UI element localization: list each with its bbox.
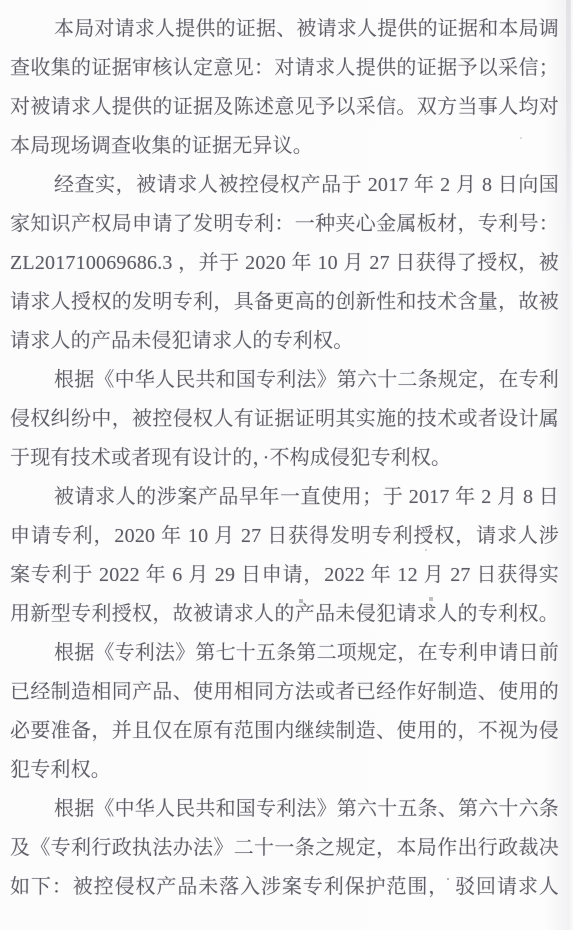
text-line: 根据《中华人民共和国专利法》第六十二条规定，在专利 bbox=[10, 361, 559, 400]
text-line: 请求人授权的发明专利，具备更高的创新性和技术含量，故被 bbox=[10, 283, 559, 322]
text-line: 申请专利，2020 年 10 月 27 日获得发明专利授权，请求人涉 bbox=[10, 517, 559, 556]
paragraph-legal-basis-article-75: 根据《专利法》第七十五条第二项规定，在专利申请日前 已经制造相同产品、使用相同方… bbox=[10, 634, 559, 790]
text-line: 用新型专利授权，故被请求人的产品未侵犯请求人的专利权。 bbox=[10, 595, 559, 634]
text-line: 本局现场调查收集的证据无异议。 bbox=[10, 127, 559, 166]
text-line: 家知识产权局申请了发明专利：一种夹心金属板材，专利号： bbox=[10, 205, 559, 244]
text-line: 及《专利行政执法办法》二十一条之规定，本局作出行政裁决 bbox=[10, 829, 559, 868]
text-line: 对被请求人提供的证据及陈述意见予以采信。双方当事人均对 bbox=[10, 88, 559, 127]
paragraph-prior-use-findings: 被请求人的涉案产品早年一直使用；于 2017 年 2 月 8 日 申请专利，20… bbox=[10, 478, 559, 634]
text-line: 根据《专利法》第七十五条第二项规定，在专利申请日前 bbox=[10, 634, 559, 673]
text-line: 如下：被控侵权产品未落入涉案专利保护范围， 驳回请求人 bbox=[10, 868, 559, 907]
text-line: 请求人的产品未侵犯请求人的专利权。 bbox=[10, 322, 559, 361]
text-line: 已经制造相同产品、使用相同方法或者已经作好制造、使用的 bbox=[10, 673, 559, 712]
text-line: 被请求人的涉案产品早年一直使用；于 2017 年 2 月 8 日 bbox=[10, 478, 559, 517]
paragraph-investigation-findings: 经查实，被请求人被控侵权产品于 2017 年 2 月 8 日向国 家知识产权局申… bbox=[10, 166, 559, 361]
scan-edge-shading bbox=[566, 0, 571, 270]
paragraph-administrative-ruling: 根据《中华人民共和国专利法》第六十五条、第六十六条 及《专利行政执法办法》二十一… bbox=[10, 790, 559, 907]
text-line: 犯专利权。 bbox=[10, 751, 559, 790]
paragraph-evidence-findings: 本局对请求人提供的证据、被请求人提供的证据和本局调 查收集的证据审核认定意见：对… bbox=[10, 10, 559, 166]
text-line: 本局对请求人提供的证据、被请求人提供的证据和本局调 bbox=[10, 10, 559, 49]
text-line: 经查实，被请求人被控侵权产品于 2017 年 2 月 8 日向国 bbox=[10, 166, 559, 205]
text-line: 案专利于 2022 年 6 月 29 日申请，2022 年 12 月 27 日获… bbox=[10, 556, 559, 595]
text-line: 于现有技术或者现有设计的，·不构成侵犯专利权。 bbox=[10, 439, 559, 478]
text-line: 必要准备，并且仅在原有范围内继续制造、使用的，不视为侵 bbox=[10, 712, 559, 751]
text-line: 查收集的证据审核认定意见：对请求人提供的证据予以采信； bbox=[10, 49, 559, 88]
text-line: ZL201710069686.3 ，并于 2020 年 10 月 27 日获得了… bbox=[10, 244, 559, 283]
text-line: 侵权纠纷中，被控侵权人有证据证明其实施的技术或者设计属 bbox=[10, 400, 559, 439]
scan-speck-artifacts bbox=[0, 0, 2, 2]
scanned-document-page: 本局对请求人提供的证据、被请求人提供的证据和本局调 查收集的证据审核认定意见：对… bbox=[0, 0, 573, 930]
paragraph-legal-basis-article-62: 根据《中华人民共和国专利法》第六十二条规定，在专利 侵权纠纷中，被控侵权人有证据… bbox=[10, 361, 559, 478]
text-line: 根据《中华人民共和国专利法》第六十五条、第六十六条 bbox=[10, 790, 559, 829]
